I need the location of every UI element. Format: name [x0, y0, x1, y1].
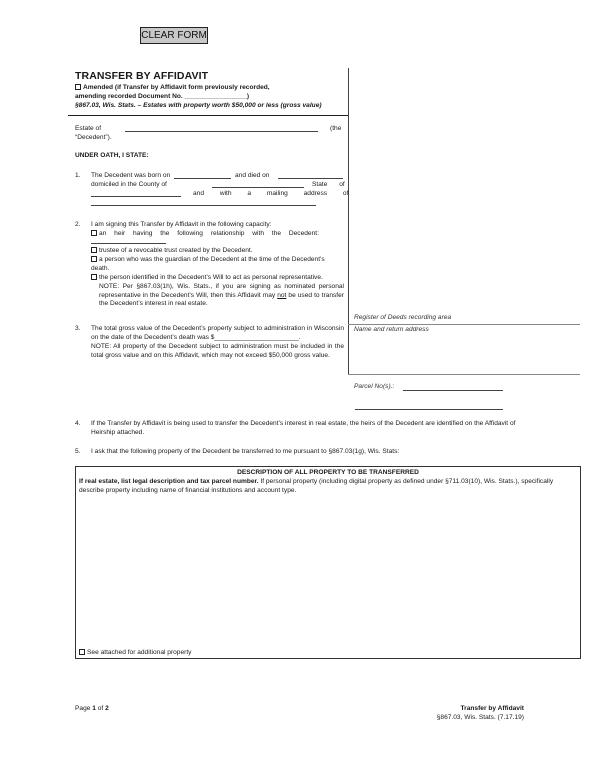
heir-relationship-field[interactable]: [91, 243, 166, 244]
statute-reference: §867.03, Wis. Stats. – Estates with prop…: [75, 102, 322, 111]
item-3-number: 3.: [75, 325, 81, 334]
column-divider: [348, 68, 349, 375]
parcel-number-label: Parcel No(s).:: [354, 383, 394, 392]
parcel-number-field[interactable]: [403, 390, 503, 391]
property-description-instructions: If real estate, list legal description a…: [79, 478, 574, 495]
item-1-address-label: and with a mailing address of: [193, 190, 348, 199]
item-1-born-label: The Decedent was born on: [91, 172, 170, 181]
property-description-title: DESCRIPTION OF ALL PROPERTY TO BE TRANSF…: [76, 469, 580, 478]
see-attached-checkbox[interactable]: [79, 649, 85, 655]
see-attached-label: See attached for additional property: [87, 649, 191, 656]
item-5-number: 5.: [75, 448, 81, 457]
item-1-county-label: domiciled in the County of: [91, 181, 211, 190]
amended-checkbox[interactable]: [75, 84, 81, 90]
footer-form-name: Transfer by Affidavit: [460, 705, 524, 714]
property-description-box[interactable]: DESCRIPTION OF ALL PROPERTY TO BE TRANSF…: [75, 466, 581, 659]
guardian-label: a person who was the guardian of the Dec…: [91, 256, 325, 272]
estate-label: Estate of: [75, 125, 101, 134]
return-address-label[interactable]: Name and return address: [354, 326, 429, 335]
footer-form-reference: §867.03, Wis. Stats. (7.17.19): [437, 714, 524, 723]
county-field[interactable]: [212, 187, 304, 188]
gross-value-statement: The total gross value of the Decedent’s …: [91, 325, 344, 342]
form-title: TRANSFER BY AFFIDAVIT: [75, 70, 208, 82]
personal-representative-checkbox[interactable]: [91, 274, 97, 280]
parcel-number-field-2[interactable]: [355, 409, 503, 410]
item-2-number: 2.: [75, 221, 81, 230]
heir-label: an heir having the following relationshi…: [99, 230, 319, 237]
trustee-checkbox[interactable]: [91, 247, 97, 253]
state-field[interactable]: [91, 196, 181, 197]
under-oath-heading: UNDER OATH, I STATE:: [75, 152, 149, 161]
item-2-intro: I am signing this Transfer by Affidavit …: [91, 221, 272, 230]
item-1-died-label: and died on: [235, 172, 269, 181]
personal-representative-label: the person identified in the Decedent’s …: [99, 274, 323, 281]
gross-value-note: NOTE: All property of the Decedent subje…: [91, 343, 344, 360]
option-heir: an heir having the following relationshi…: [91, 230, 344, 239]
estate-name-field[interactable]: [125, 131, 318, 132]
amended-option: Amended (if Transfer by Affidavit form p…: [75, 84, 270, 93]
register-of-deeds-label: Register of Deeds recording area: [354, 314, 451, 323]
item-4-number: 4.: [75, 420, 81, 429]
estate-suffix: (the: [330, 125, 341, 134]
guardian-checkbox[interactable]: [91, 256, 97, 262]
option-trustee: trustee of a revocable trust created by …: [91, 247, 253, 256]
item-1-number: 1.: [75, 172, 81, 181]
see-attached-option: See attached for additional property: [79, 649, 191, 658]
amended-document-number[interactable]: amending recorded Document No. _________…: [75, 93, 249, 102]
clear-form-button[interactable]: CLEAR FORM: [140, 27, 208, 44]
header-divider: [68, 115, 349, 116]
heir-checkbox[interactable]: [91, 230, 97, 236]
heirship-statement: If the Transfer by Affidavit is being us…: [91, 420, 531, 437]
transfer-request: I ask that the following property of the…: [91, 448, 399, 457]
mailing-address-field[interactable]: [91, 205, 316, 206]
personal-representative-note: NOTE: Per §867.03(1h), Wis. Stats., if y…: [99, 283, 344, 309]
decedent-definition: “Decedent”).: [75, 134, 112, 143]
birth-date-field[interactable]: [174, 178, 231, 179]
page-indicator: Page 1 of 2: [75, 705, 109, 714]
register-divider: [348, 324, 580, 325]
item-1-state-label: State of: [312, 181, 345, 190]
option-guardian: a person who was the guardian of the Dec…: [91, 256, 344, 273]
trustee-label: trustee of a revocable trust created by …: [99, 247, 253, 254]
death-date-field[interactable]: [278, 178, 343, 179]
return-address-bottom: [348, 374, 580, 375]
amended-label: Amended (if Transfer by Affidavit form p…: [83, 84, 270, 91]
option-personal-representative: the person identified in the Decedent’s …: [91, 274, 344, 283]
